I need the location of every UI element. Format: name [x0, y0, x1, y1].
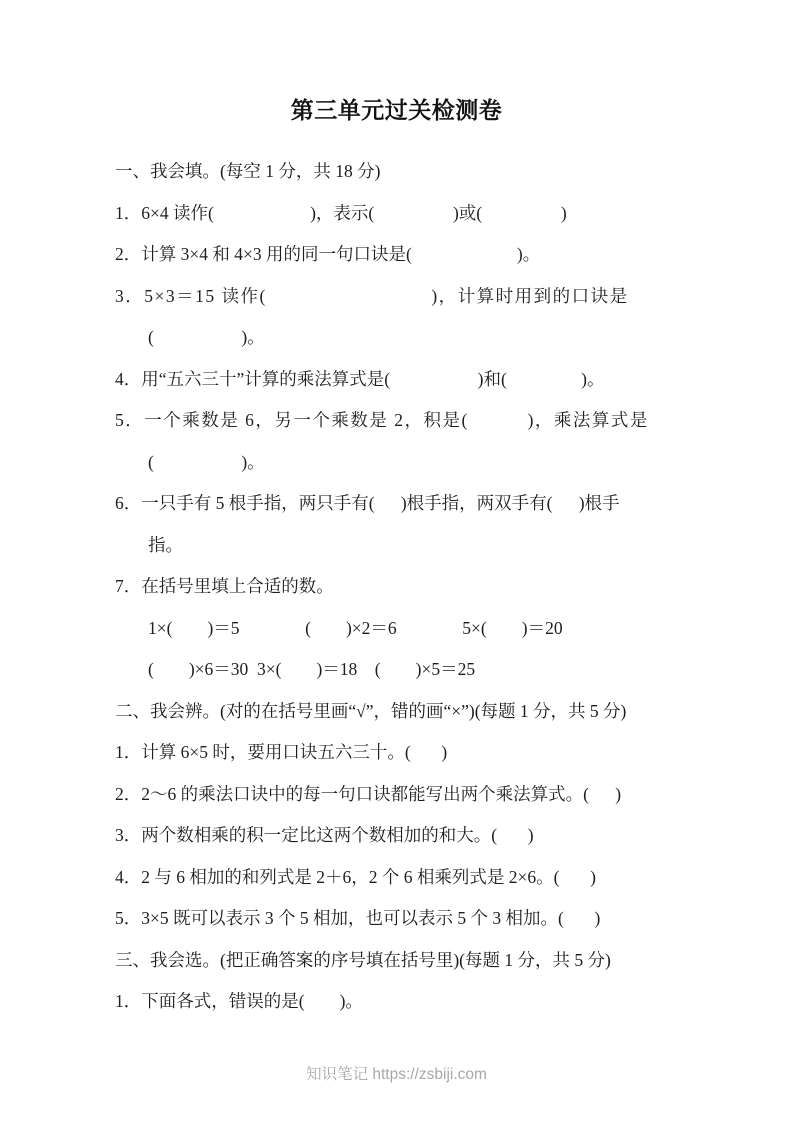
fill-question-7-equations-row-1: 1×( )＝5 ( )×2＝6 5×( )＝20 — [115, 608, 693, 650]
fill-question-7: 7．在括号里填上合适的数。 — [115, 566, 693, 608]
fill-question-5-continuation: ( )。 — [115, 442, 693, 484]
choose-question-1: 1．下面各式，错误的是( )。 — [115, 981, 693, 1023]
fill-question-5: 5．一个乘数是 6，另一个乘数是 2，积是( )，乘法算式是 — [115, 400, 693, 442]
fill-question-4: 4．用“五六三十”计算的乘法算式是( )和( )。 — [115, 359, 693, 401]
document-body: 一、我会填。(每空 1 分，共 18 分) 1．6×4 读作( )，表示( )或… — [115, 151, 693, 1023]
watermark-footer: 知识笔记 https://zsbiji.com — [0, 1062, 793, 1088]
test-paper-page: 第三单元过关检测卷 一、我会填。(每空 1 分，共 18 分) 1．6×4 读作… — [0, 0, 793, 1122]
judge-question-2: 2．2～6 的乘法口诀中的每一句口诀都能写出两个乘法算式。( ) — [115, 774, 693, 816]
section-choose-heading: 三、我会选。(把正确答案的序号填在括号里)(每题 1 分，共 5 分) — [115, 940, 693, 982]
fill-question-2: 2．计算 3×4 和 4×3 用的同一句口诀是( )。 — [115, 234, 693, 276]
judge-question-5: 5．3×5 既可以表示 3 个 5 相加，也可以表示 5 个 3 相加。( ) — [115, 898, 693, 940]
section-judge-heading: 二、我会辨。(对的在括号里画“√”，错的画“×”)(每题 1 分，共 5 分) — [115, 691, 693, 733]
fill-question-3: 3．5×3＝15 读作( )，计算时用到的口诀是 — [115, 276, 693, 318]
judge-question-1: 1．计算 6×5 时，要用口诀五六三十。( ) — [115, 732, 693, 774]
fill-question-3-continuation: ( )。 — [115, 317, 693, 359]
section-fill-heading: 一、我会填。(每空 1 分，共 18 分) — [115, 151, 693, 193]
fill-question-1: 1．6×4 读作( )，表示( )或( ) — [115, 193, 693, 235]
fill-question-6: 6．一只手有 5 根手指，两只手有( )根手指，两双手有( )根手 — [115, 483, 693, 525]
judge-question-4: 4．2 与 6 相加的和列式是 2＋6，2 个 6 相乘列式是 2×6。( ) — [115, 857, 693, 899]
judge-question-3: 3．两个数相乘的积一定比这两个数相加的和大。( ) — [115, 815, 693, 857]
page-title: 第三单元过关检测卷 — [0, 0, 793, 126]
fill-question-6-continuation: 指。 — [115, 525, 693, 567]
fill-question-7-equations-row-2: ( )×6＝30 3×( )＝18 ( )×5＝25 — [115, 649, 693, 691]
